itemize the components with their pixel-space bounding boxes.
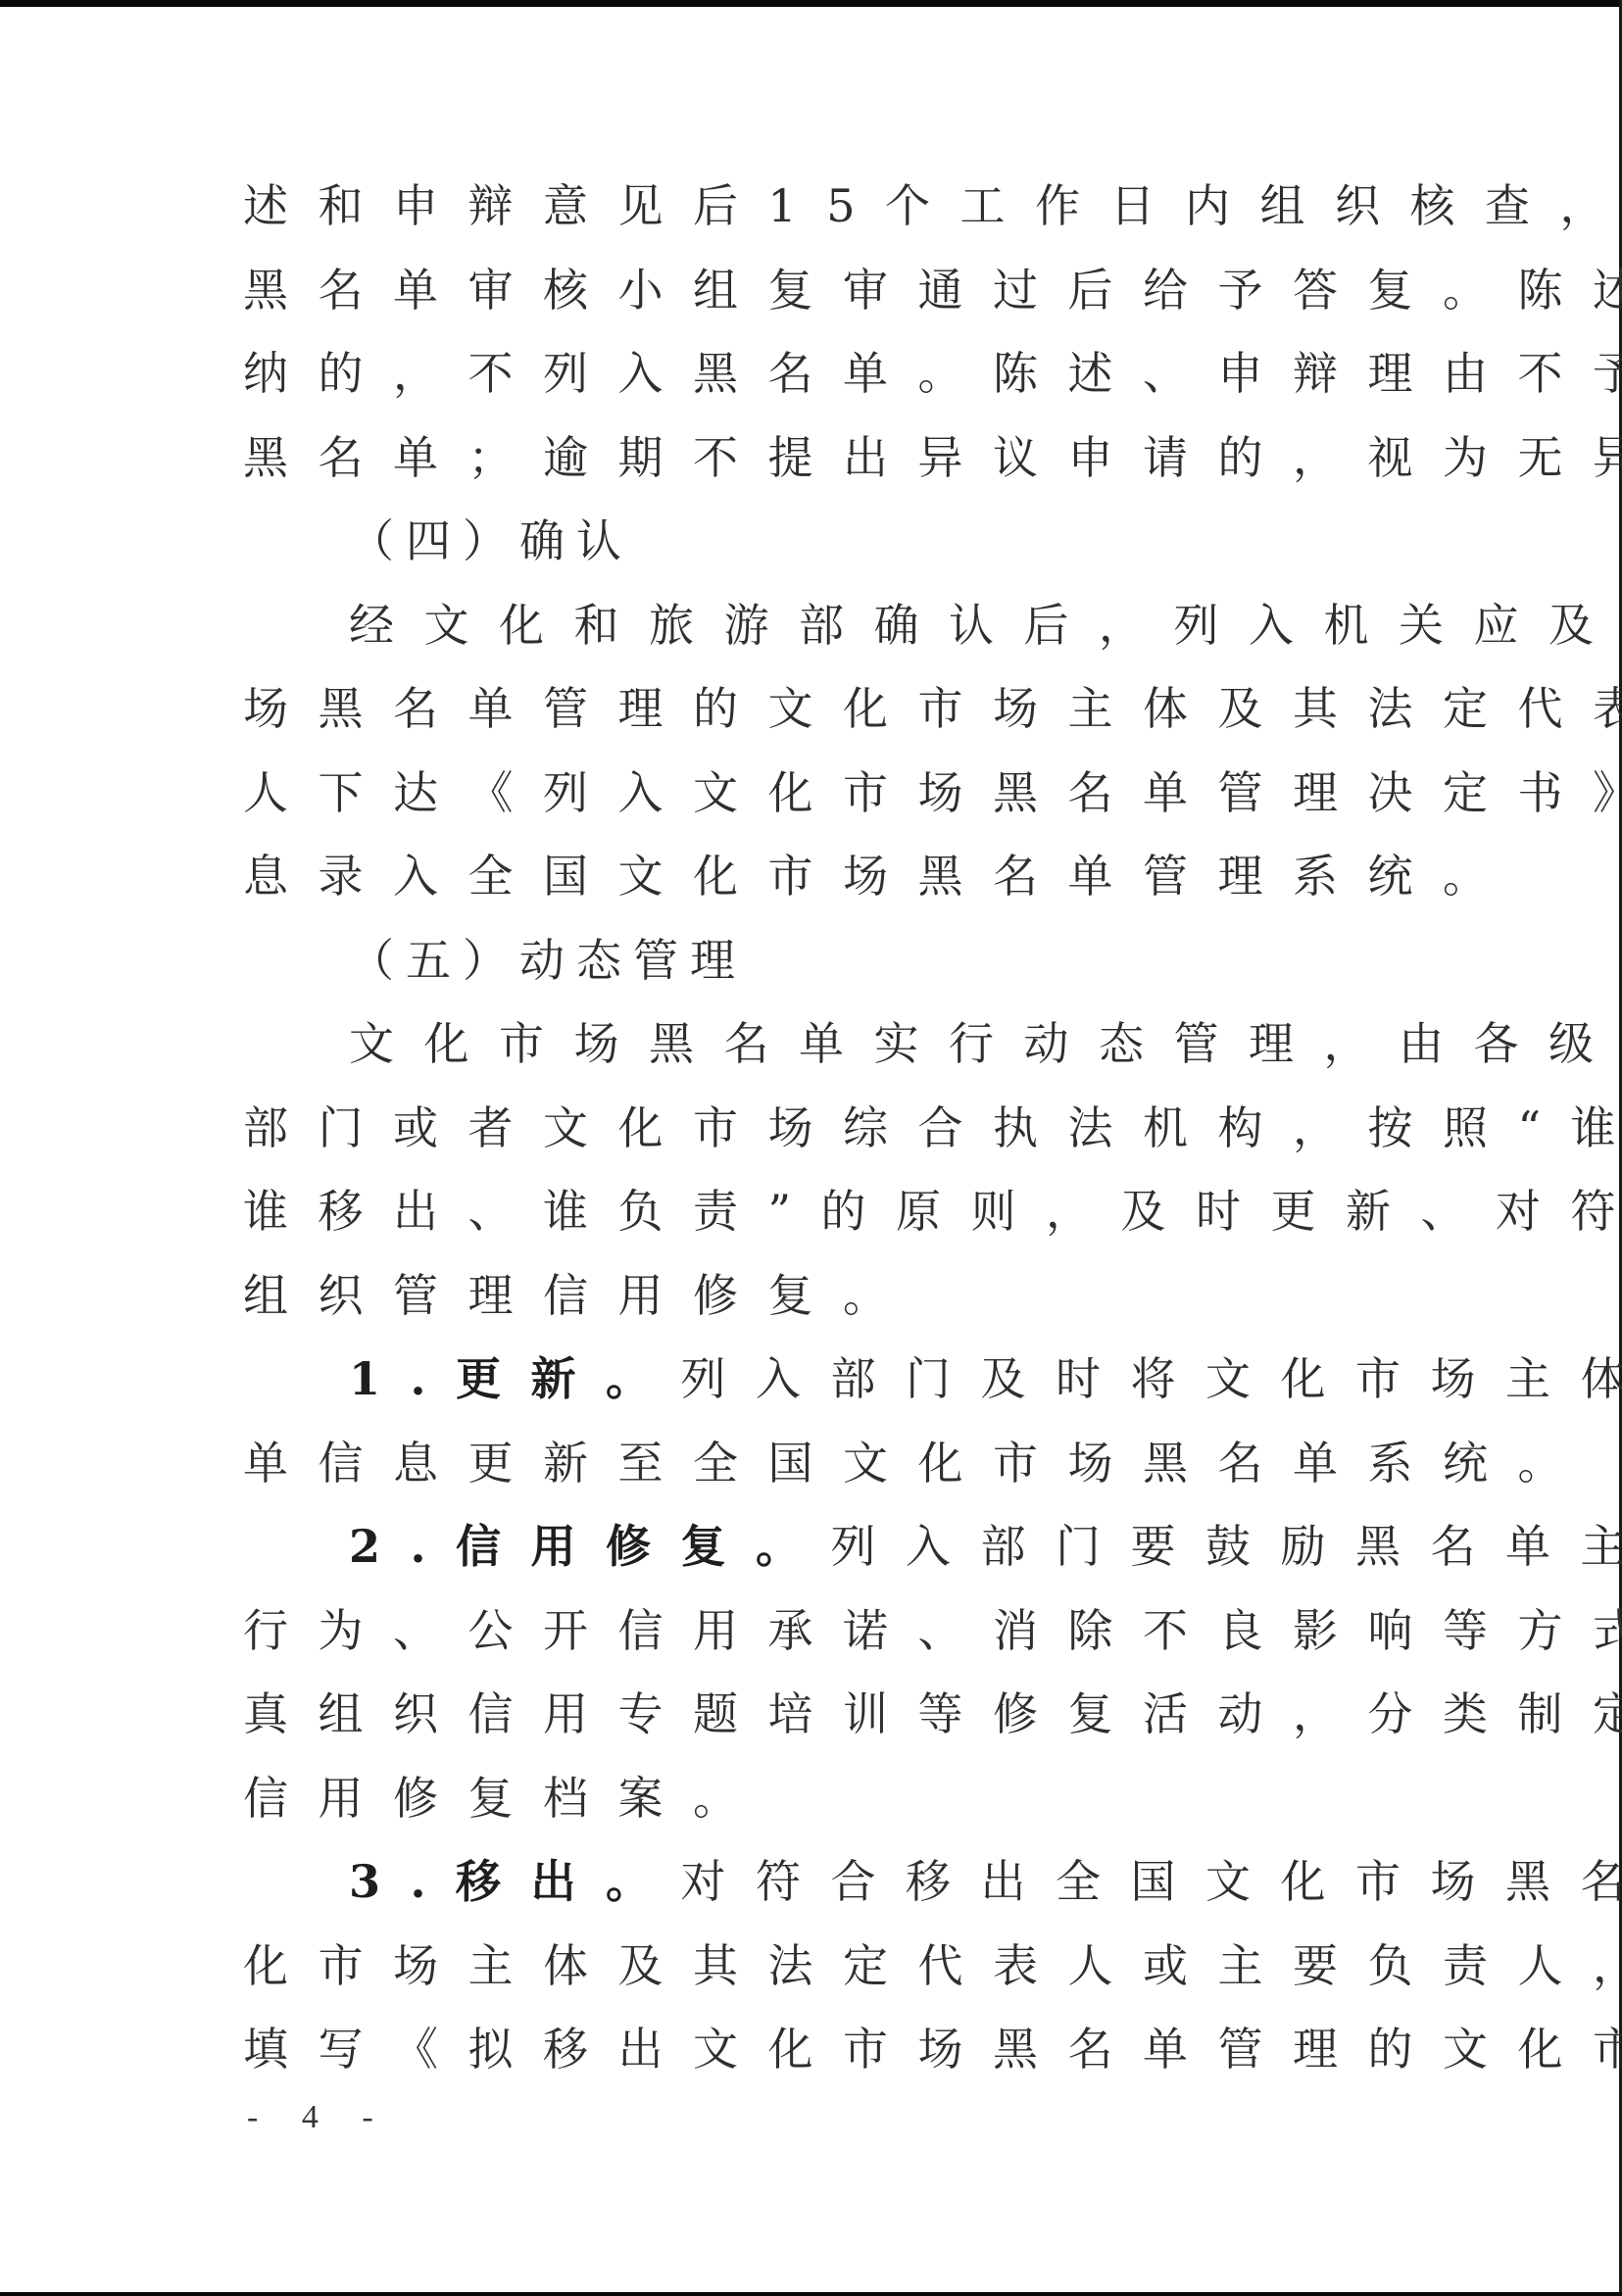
- text-line: 真组织信用专题培训等修复活动，分类制定、保存各类主体: [243, 1685, 1380, 1769]
- text-line: 谁移出、谁负责”的原则，及时更新、对符合条件的移出、: [243, 1182, 1380, 1266]
- page-number: - 4 -: [247, 2099, 391, 2136]
- document-body: 述和申辩意见后15个工作日内组织核查，经本级文化市场 黑名单审核小组复审通过后给…: [243, 176, 1380, 2104]
- section-heading-dynamic-management: （五）动态管理: [243, 931, 1380, 1015]
- text-line: 经文化和旅游部确认后，列入机关应及时向列入文化市: [243, 596, 1380, 680]
- text-line: 人下达《列入文化市场黑名单管理决定书》，同时将列入信: [243, 763, 1380, 848]
- item-credit-repair: 2.信用修复。列入部门要鼓励黑名单主体通过纠正失信: [243, 1517, 1380, 1601]
- text-line: 信用修复档案。: [243, 1769, 1380, 1853]
- item-text: 对符合移出全国文化市场黑名单管理情形的文: [681, 1855, 1622, 1908]
- text-line: 填写《拟移出文化市场黑名单管理的文化市场主体、人员信: [243, 2020, 1380, 2104]
- item-text: 列入部门及时将文化市场主体和从业人员黑名: [681, 1352, 1622, 1405]
- text-line: 黑名单审核小组复审通过后给予答复。陈述、申辩理由被采: [243, 261, 1380, 345]
- item-update: 1.更新。列入部门及时将文化市场主体和从业人员黑名: [243, 1349, 1380, 1434]
- scan-edge-bottom: [0, 2292, 1622, 2296]
- scan-edge-top: [0, 0, 1622, 7]
- item-removal: 3.移出。对符合移出全国文化市场黑名单管理情形的文: [243, 1852, 1380, 1936]
- text-line: 黑名单；逾期不提出异议申请的，视为无异议。: [243, 428, 1380, 513]
- item-lead: 3.移出。: [349, 1855, 681, 1908]
- text-line: 部门或者文化市场综合执法机构，按照“谁列入、谁负责，: [243, 1099, 1380, 1183]
- text-line: 纳的，不列入黑名单。陈述、申辩理由不予以采纳的，列入: [243, 344, 1380, 428]
- text-line: 单信息更新至全国文化市场黑名单系统。: [243, 1434, 1380, 1518]
- section-heading-confirm: （四）确认: [243, 512, 1380, 596]
- text-line: 文化市场黑名单实行动态管理，由各级文化和旅游行政: [243, 1014, 1380, 1099]
- item-text: 列入部门要鼓励黑名单主体通过纠正失信: [831, 1520, 1622, 1573]
- text-line: 场黑名单管理的文化市场主体及其法定代表人或主要负责: [243, 679, 1380, 763]
- item-lead: 2.信用修复。: [349, 1520, 831, 1573]
- text-line: 行为、公开信用承诺、消除不良影响等方式修复信用，并认: [243, 1601, 1380, 1685]
- item-lead: 1.更新。: [349, 1352, 681, 1405]
- text-line: 息录入全国文化市场黑名单管理系统。: [243, 847, 1380, 931]
- text-line: 化市场主体及其法定代表人或主要负责人，列入部门应及时: [243, 1936, 1380, 2021]
- text-line: 组织管理信用修复。: [243, 1266, 1380, 1350]
- text-line: 述和申辩意见后15个工作日内组织核查，经本级文化市场: [243, 176, 1380, 261]
